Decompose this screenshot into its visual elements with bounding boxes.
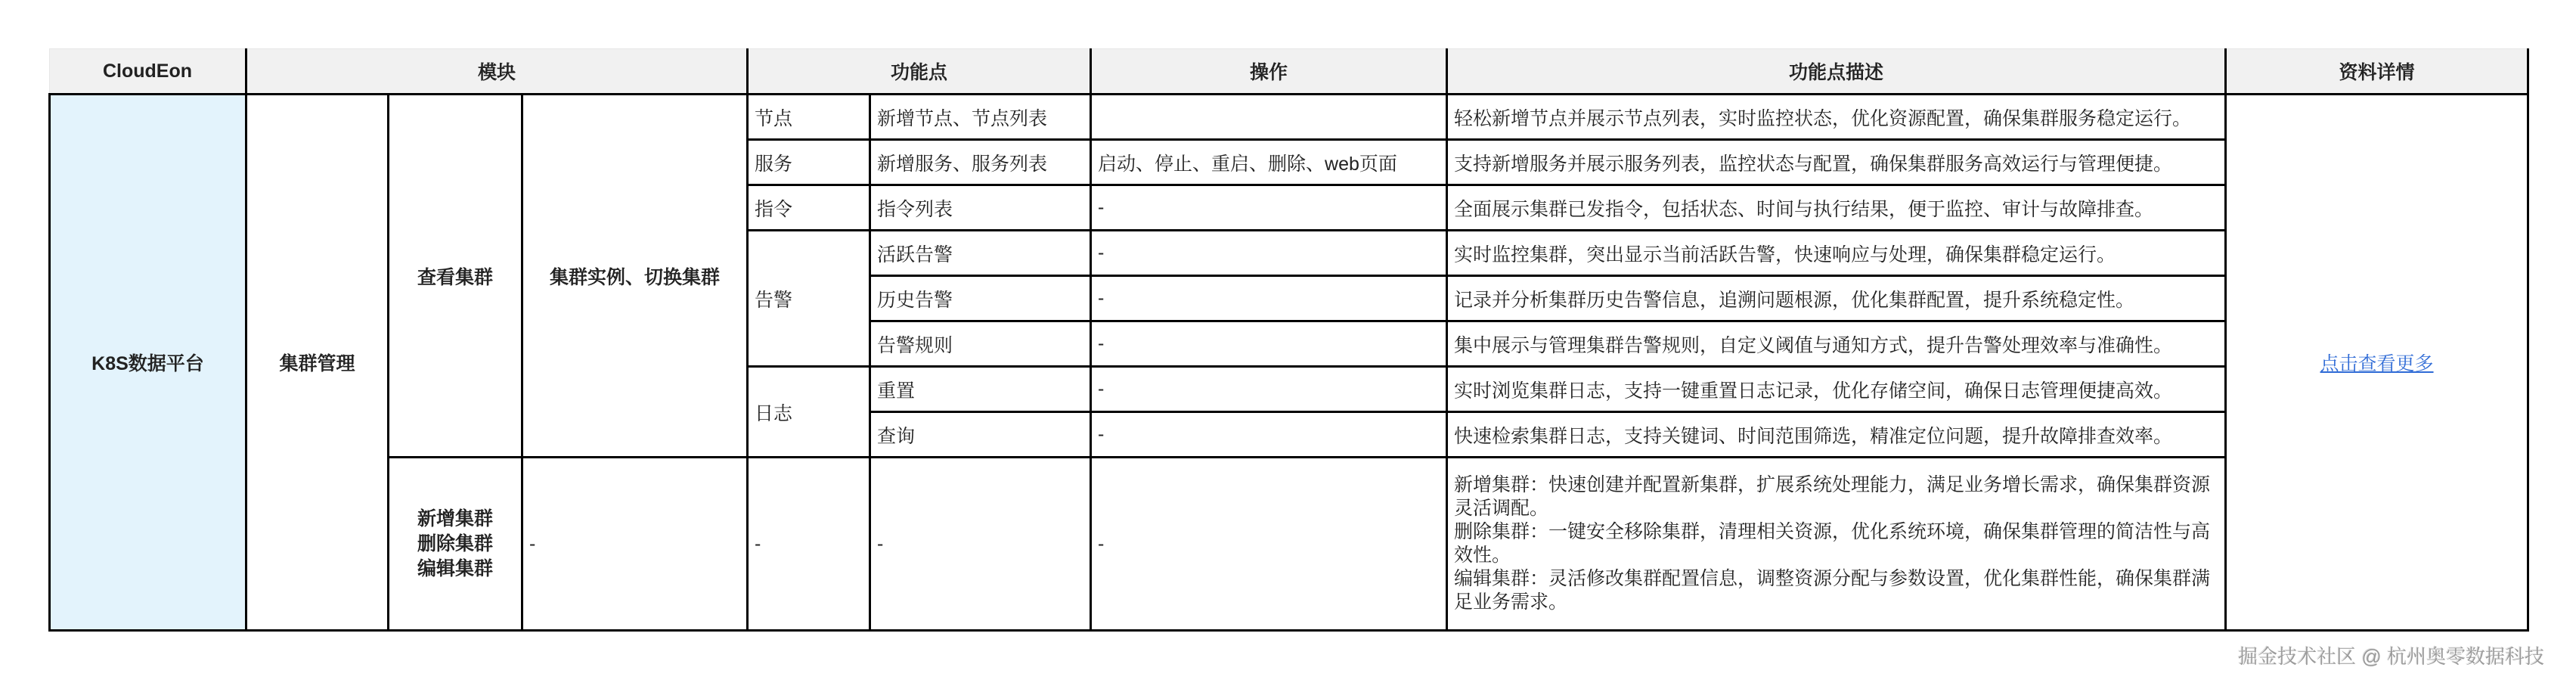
feature-cell: 告警规则: [870, 321, 1091, 367]
feature-cell: 活跃告警: [870, 231, 1091, 276]
operation-cell: -: [1091, 367, 1447, 412]
description-cell: 轻松新增节点并展示节点列表，实时监控状态，优化资源配置，确保集群服务稳定运行。: [1447, 95, 2226, 140]
category-cell: -: [748, 458, 870, 631]
module-l2-line: 删除集群: [417, 532, 493, 557]
feature-cell: 新增节点、节点列表: [870, 95, 1091, 140]
description-line: 新增集群：快速创建并配置新集群，扩展系统处理能力，满足业务增长需求，确保集群资源…: [1454, 473, 2218, 520]
feature-cell: 历史告警: [870, 276, 1091, 321]
table-row: K8S数据平台 集群管理 查看集群 集群实例、切换集群 节点 新增节点、节点列表…: [50, 95, 2528, 140]
module-l2-line: 编辑集群: [417, 557, 493, 582]
category-cell: 告警: [748, 231, 870, 367]
module-l1-cell: 集群管理: [246, 95, 389, 631]
category-cell: 指令: [748, 185, 870, 231]
header-details: 资料详情: [2226, 49, 2528, 95]
description-cell: 全面展示集群已发指令，包括状态、时间与执行结果，便于监控、审计与故障排查。: [1447, 185, 2226, 231]
module-l3-edit-cell: -: [522, 458, 748, 631]
header-operation: 操作: [1091, 49, 1447, 95]
operation-cell: -: [1091, 231, 1447, 276]
feature-cell: 指令列表: [870, 185, 1091, 231]
description-cell: 记录并分析集群历史告警信息，追溯问题根源，优化集群配置，提升系统稳定性。: [1447, 276, 2226, 321]
feature-cell: 查询: [870, 412, 1091, 458]
description-cell: 实时监控集群，突出显示当前活跃告警，快速响应与处理，确保集群稳定运行。: [1447, 231, 2226, 276]
module-l3-view-cell: 集群实例、切换集群: [522, 95, 748, 458]
category-cell: 服务: [748, 140, 870, 185]
description-cell: 实时浏览集群日志，支持一键重置日志记录，优化存储空间，确保日志管理便捷高效。: [1447, 367, 2226, 412]
operation-cell: -: [1091, 276, 1447, 321]
operation-cell: -: [1091, 412, 1447, 458]
platform-cell: K8S数据平台: [50, 95, 246, 631]
header-platform: CloudEon: [50, 49, 246, 95]
watermark: 掘金技术社区 @ 杭州奥零数据科技: [2238, 641, 2544, 669]
description-line: 删除集群：一键安全移除集群，清理相关资源，优化系统环境，确保集群管理的简洁性与高…: [1454, 520, 2218, 567]
header-row: CloudEon 模块 功能点 操作 功能点描述 资料详情: [50, 49, 2528, 95]
operation-cell: 启动、停止、重启、删除、web页面: [1091, 140, 1447, 185]
details-cell: 点击查看更多: [2226, 95, 2528, 631]
table-row: 新增集群 删除集群 编辑集群 - - - - 新增集群：快速创建并配置新集群，扩…: [50, 458, 2528, 631]
module-l2-view-cell: 查看集群: [389, 95, 522, 458]
description-cell: 快速检索集群日志，支持关键词、时间范围筛选，精准定位问题，提升故障排查效率。: [1447, 412, 2226, 458]
feature-cell: 新增服务、服务列表: [870, 140, 1091, 185]
module-l2-edit-cell: 新增集群 删除集群 编辑集群: [389, 458, 522, 631]
description-line: 编辑集群：灵活修改集群配置信息，调整资源分配与参数设置，优化集群性能，确保集群满…: [1454, 567, 2218, 614]
category-cell: 日志: [748, 367, 870, 458]
category-cell: 节点: [748, 95, 870, 140]
description-cell: 支持新增服务并展示服务列表，监控状态与配置，确保集群服务高效运行与管理便捷。: [1447, 140, 2226, 185]
header-module: 模块: [246, 49, 748, 95]
feature-cell: -: [870, 458, 1091, 631]
operation-cell: -: [1091, 321, 1447, 367]
feature-table: CloudEon 模块 功能点 操作 功能点描述 资料详情 K8S数据平台 集群…: [48, 48, 2529, 632]
operation-cell: -: [1091, 185, 1447, 231]
description-cell: 集中展示与管理集群告警规则，自定义阈值与通知方式，提升告警处理效率与准确性。: [1447, 321, 2226, 367]
feature-cell: 重置: [870, 367, 1091, 412]
header-description: 功能点描述: [1447, 49, 2226, 95]
view-more-link[interactable]: 点击查看更多: [2320, 353, 2434, 374]
operation-cell: -: [1091, 458, 1447, 631]
module-l2-line: 新增集群: [417, 507, 493, 532]
header-feature: 功能点: [748, 49, 1091, 95]
description-cell: 新增集群：快速创建并配置新集群，扩展系统处理能力，满足业务增长需求，确保集群资源…: [1447, 458, 2226, 631]
operation-cell: [1091, 95, 1447, 140]
